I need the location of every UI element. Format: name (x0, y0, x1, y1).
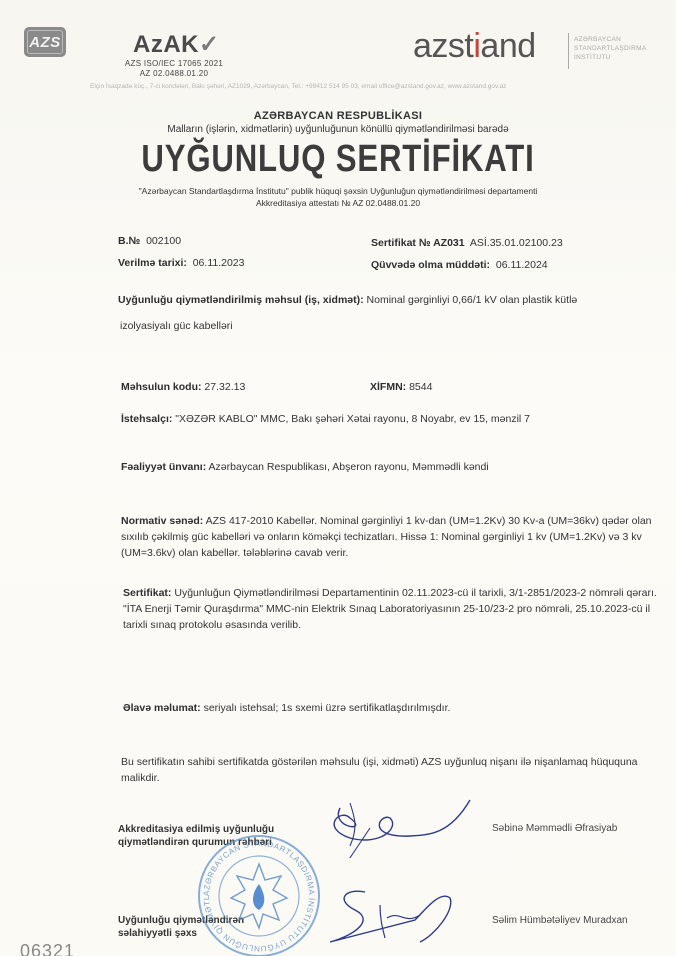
expert-signature-icon (325, 880, 465, 950)
certificate-basis: Sertifikat: Uyğunluğun Qiymətləndirilməs… (123, 585, 663, 633)
azstand-sub-line: İNSTİTUTU (574, 53, 646, 62)
product: Uyğunluğu qiymətləndirilmiş məhsul (iş, … (118, 294, 577, 306)
product-code: Məhsulun kodu: 27.32.13 (121, 381, 245, 393)
expert-signatory-name: Səlim Hümbətəliyev Muradxan (492, 915, 628, 926)
field-label: Əlavə məlumat: (123, 702, 201, 714)
azak-logo: AzAK✓ (133, 30, 220, 59)
azak-standard: AZS ISO/IEC 17065 2021 (115, 59, 233, 69)
official-stamp-icon: AZƏRBAYCAN STANDARTLAŞDIRMA İNSTİTUTU UY… (193, 832, 325, 956)
issue-date: Verilmə tarixi: 06.11.2023 (118, 257, 245, 269)
field-label: B.№ (118, 235, 140, 247)
issuer-line: "Azərbaycan Standartlaşdırma İnstitutu" … (0, 186, 676, 196)
normative-document: Normativ sənəd: AZS 417-2010 Kabellər. N… (121, 513, 661, 561)
serial-number: 06321 (20, 941, 75, 956)
azak-logo-text: AzAK (133, 31, 199, 58)
field-label: XİFMN: (370, 381, 406, 393)
blank-number: B.№ 002100 (118, 235, 181, 247)
field-label: Sertifikat: (123, 587, 171, 599)
republic-heading: AZƏRBAYCAN RESPUBLİKASI (0, 110, 676, 122)
manufacturer: İstehsalçı: "XƏZƏR KABLO" MMC, Bakı şəhə… (121, 413, 530, 425)
certificate-number: Sertifikat № AZ031 ASİ.35.01.02100.23 (371, 237, 563, 249)
field-label: Məhsulun kodu: (121, 381, 202, 393)
field-value: 002100 (146, 235, 181, 247)
field-value: 27.32.13 (204, 381, 245, 393)
certificate-page: AZS AzAK✓ AZS ISO/IEC 17065 2021 AZ 02.0… (0, 0, 676, 956)
validity-date: Qüvvədə olma müddəti: 06.11.2024 (371, 259, 548, 271)
azstand-sub-line: STANDARTLAŞDIRMA (574, 44, 646, 53)
accreditation-line: Akkreditasiya attestatı № AZ 02.0488.01.… (0, 198, 676, 208)
field-label: Verilmə tarixi: (118, 257, 187, 269)
field-value: seriyalı istehsal; 1s sxemi üzrə sertifi… (204, 702, 451, 714)
azstand-logo: azstiand (413, 27, 536, 66)
field-value: 8544 (409, 381, 432, 393)
field-label: Qüvvədə olma müddəti: (371, 259, 490, 271)
activity-address: Fəaliyyət ünvanı: Azərbaycan Respublikas… (121, 461, 489, 473)
azstand-logo-part: and (480, 27, 535, 65)
azstand-subtitle: AZƏRBAYCAN STANDARTLAŞDIRMA İNSTİTUTU (574, 35, 646, 62)
field-value: 06.11.2023 (193, 257, 245, 269)
head-signatory-name: Səbinə Məmmədli Əfrasiyab (492, 823, 617, 834)
contact-line: Elçin İsaqzadə küç., 7-ci kondələn, Bakı… (90, 83, 670, 90)
azstand-logo-part: azst (413, 27, 473, 65)
field-value: 06.11.2024 (496, 259, 548, 271)
page-title: UYĞUNLUQ SERTİFİKATI (61, 138, 615, 181)
field-value: Azərbaycan Respublikası, Abşeron rayonu,… (209, 461, 489, 473)
xifmn-code: XİFMN: 8544 (370, 381, 432, 393)
product-continued: izolyasiyalı güc kabelləri (120, 320, 233, 332)
head-signature-icon (310, 798, 480, 858)
field-label: Sertifikat № AZ031 (371, 237, 465, 249)
additional-info: Əlavə məlumat: seriyalı istehsal; 1s sxe… (123, 702, 450, 714)
azs-logo: AZS (24, 27, 66, 57)
field-value: Nominal gərginliyi 0,66/1 kV olan plasti… (367, 294, 578, 306)
voluntary-subtitle: Malların (işlərin, xidmətlərin) uyğunluğ… (0, 124, 676, 135)
checkmark-icon: ✓ (199, 31, 220, 58)
field-value: ASİ.35.01.02100.23 (470, 237, 563, 249)
azak-accreditation: AZS ISO/IEC 17065 2021 AZ 02.0488.01.20 (115, 59, 233, 79)
logo-divider (568, 33, 569, 69)
field-label: İstehsalçı: (121, 413, 172, 425)
field-value: "XƏZƏR KABLO" MMC, Bakı şəhəri Xətai ray… (175, 413, 530, 425)
azak-number: AZ 02.0488.01.20 (115, 69, 233, 79)
rights-statement: Bu sertifikatın sahibi sertifikatda göst… (121, 754, 661, 786)
azs-logo-text: AZS (29, 34, 61, 51)
field-value: Uyğunluğun Qiymətləndirilməsi Departamen… (123, 587, 657, 631)
field-label: Fəaliyyət ünvanı: (121, 461, 206, 473)
azstand-sub-line: AZƏRBAYCAN (574, 35, 646, 44)
field-label: Normativ sənəd: (121, 515, 203, 527)
field-value: izolyasiyalı güc kabelləri (120, 320, 233, 332)
field-label: Uyğunluğu qiymətləndirilmiş məhsul (iş, … (118, 294, 364, 306)
